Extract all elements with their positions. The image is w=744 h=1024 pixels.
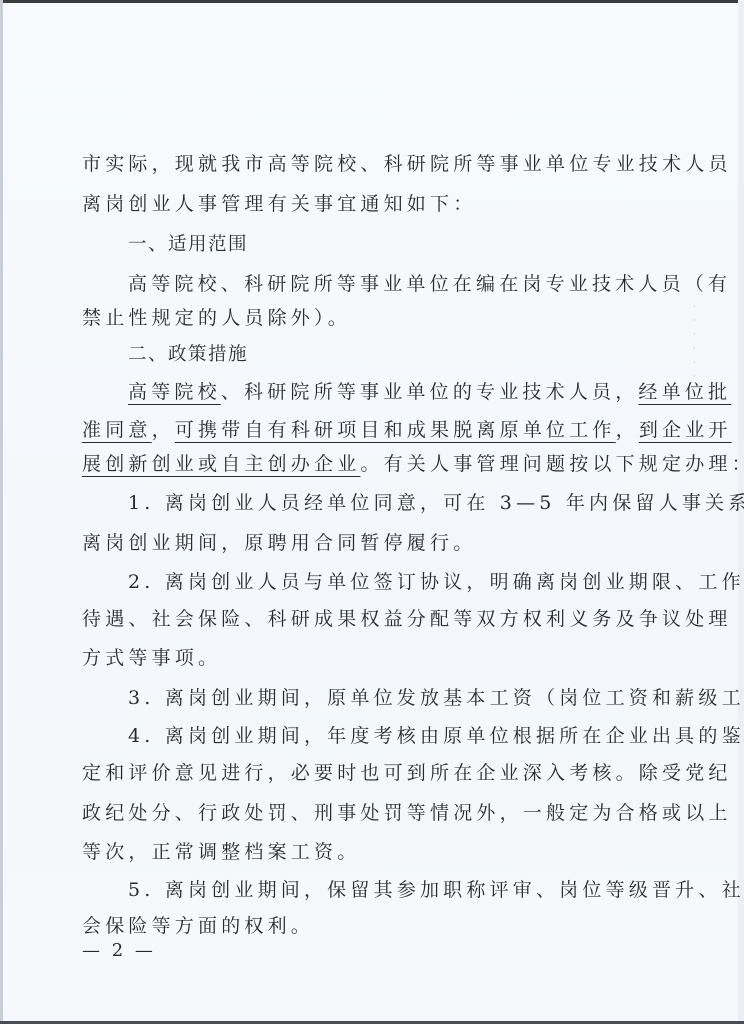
body-line-underlined: 展创新创业或自主创办企业。有关人事管理问题按以下规定办理： [82,452,662,476]
body-line: 待遇、社会保险、科研成果权益分配等双方权利义务及争议处理 [82,607,662,631]
text-span: 。有关人事管理问题按以下规定办理： [360,453,744,475]
body-line: 会保险等方面的权利。 [82,914,662,938]
text-span: ， [152,419,175,441]
text-span: ， [616,419,639,441]
underlined-phrase: 经单位批 [638,381,731,403]
body-line: 等次，正常调整档案工资。 [82,840,662,864]
body-line-underlined: 高等院校、科研院所等事业单位的专业技术人员，经单位批 [128,380,708,404]
list-item-2: 2. 离岗创业人员与单位签订协议，明确离岗创业期限、工作 [128,570,708,594]
list-item-5: 5. 离岗创业期间，保留其参加职称评审、岗位等级晋升、社 [128,878,708,902]
body-line: 市实际，现就我市高等院校、科研院所等事业单位专业技术人员 [82,152,662,176]
body-line: 定和评价意见进行，必要时也可到所在企业深入考核。除受党纪 [82,761,662,785]
list-item-3: 3. 离岗创业期间，原单位发放基本工资（岗位工资和薪级工资）。 [128,686,708,710]
body-line: 高等院校、科研院所等事业单位在编在岗专业技术人员（有 [128,272,708,296]
body-line: 方式等事项。 [82,646,662,670]
list-item-1: 1. 离岗创业人员经单位同意，可在 3—5 年内保留人事关系。 [128,491,708,515]
text-span: 、科研院所等事业单位的专业技术人员， [221,381,639,403]
list-item-4: 4. 离岗创业期间，年度考核由原单位根据所在企业出具的鉴 [128,724,708,748]
page-number: — 2 — [82,940,156,961]
body-line-underlined: 准同意，可携带自有科研项目和成果脱离原单位工作，到企业开 [82,418,662,442]
section-heading-measures: 二、政策措施 [128,343,708,367]
body-line: 离岗创业期间，原聘用合同暂停履行。 [82,531,662,555]
underlined-phrase: 准同意 [82,419,152,441]
underlined-phrase: 可携带自有科研项目和成果脱离原单位工作 [175,419,616,441]
underlined-phrase: 展创新创业或自主创办企业 [82,453,360,475]
body-line: 政纪处分、行政处罚、刑事处罚等情况外，一般定为合格或以上 [82,801,662,825]
scan-edge-top [0,0,744,3]
underlined-phrase: 到企业开 [639,419,732,441]
scan-edge-left [0,0,3,1024]
underlined-phrase: 高等院校 [128,381,221,403]
body-line: 离岗创业人事管理有关事宜通知如下： [82,192,662,216]
section-heading-scope: 一、适用范围 [128,233,708,257]
scan-artifact-marks: ······ [693,300,699,400]
body-line: 禁止性规定的人员除外）。 [82,306,662,330]
